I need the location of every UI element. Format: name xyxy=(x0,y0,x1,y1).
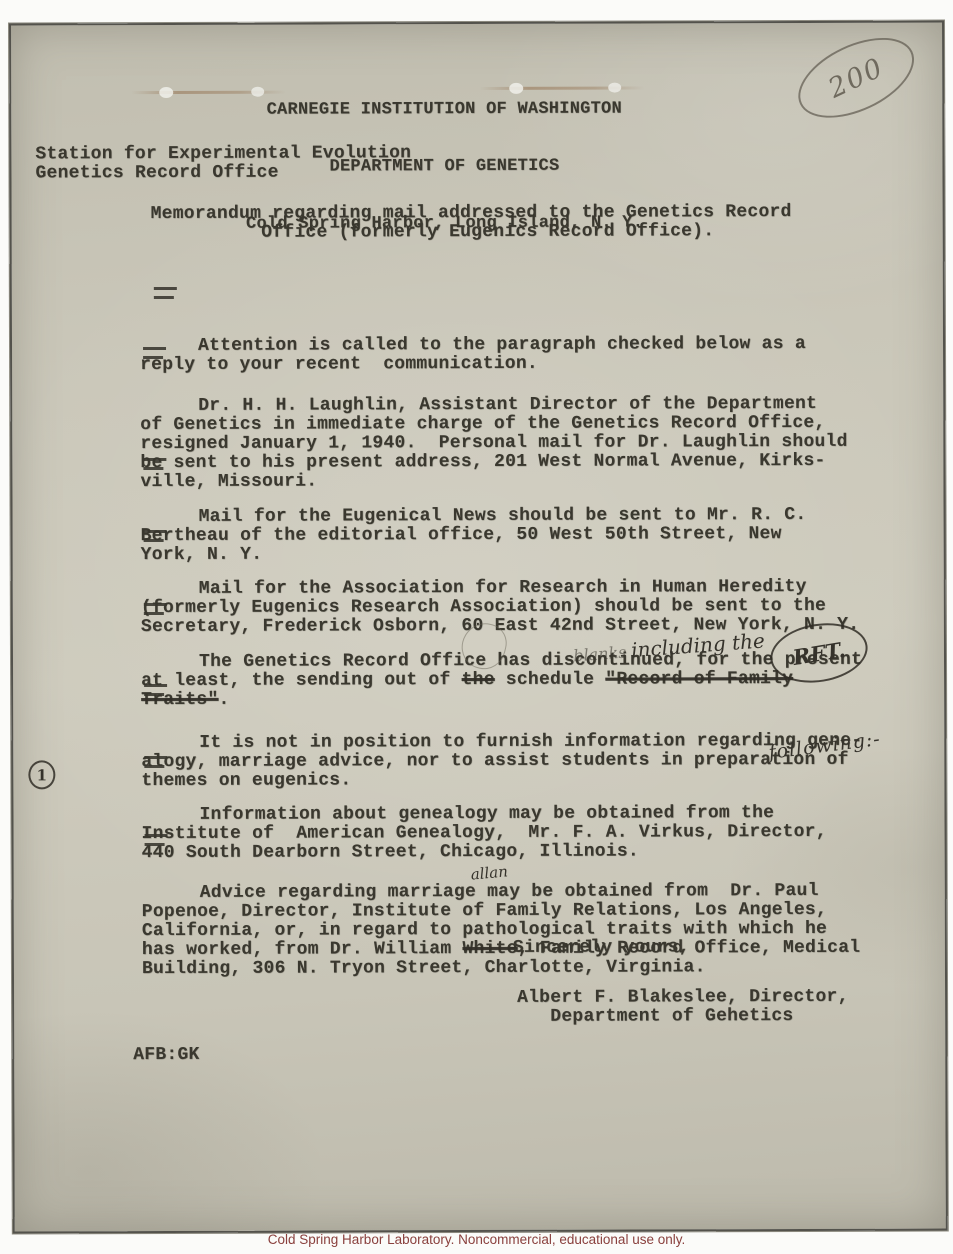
check-blank xyxy=(144,603,167,616)
letter-page: CARNEGIE INSTITUTION OF WASHINGTON DEPAR… xyxy=(9,21,948,1234)
check-blank xyxy=(144,530,167,543)
handwritten-allan: allan xyxy=(470,862,509,883)
closing-salutation: Sincerely yours, xyxy=(513,938,690,958)
letterhead-org: CARNEGIE INSTITUTION OF WASHINGTON xyxy=(134,99,754,120)
handwritten-page-number-circle: 200 xyxy=(786,22,926,134)
paragraph-text: Advice regarding marriage may be obtaine… xyxy=(142,882,942,980)
staple-mark xyxy=(479,86,644,90)
scan-background: CARNEGIE INSTITUTION OF WASHINGTON DEPAR… xyxy=(0,0,953,1254)
check-blank xyxy=(144,684,167,697)
handwritten-margin-number: 1 xyxy=(37,766,47,784)
office-lines: Station for Experimental Evolution Genet… xyxy=(35,144,411,183)
signature-block: Albert F. Blakeslee, Director, Departmen… xyxy=(517,988,849,1027)
check-blank xyxy=(145,834,168,847)
handwritten-margin-number-circle: 1 xyxy=(28,760,55,789)
archive-caption: Cold Spring Harbor Laboratory. Noncommer… xyxy=(0,1232,953,1247)
typist-initials: AFB:GK xyxy=(133,1046,199,1065)
handwritten-rft-text: RFT. xyxy=(791,636,847,669)
check-blank xyxy=(154,287,177,300)
memo-heading: Memorandum regarding mail addressed to t… xyxy=(151,203,792,243)
handwritten-word-blanks: blanks xyxy=(573,642,632,665)
handwritten-page-number: 200 xyxy=(824,52,889,105)
check-blank xyxy=(143,458,166,471)
staple-mark xyxy=(131,91,286,94)
check-blank xyxy=(143,347,166,360)
check-blank xyxy=(144,756,167,769)
struck-text: White xyxy=(462,939,517,959)
